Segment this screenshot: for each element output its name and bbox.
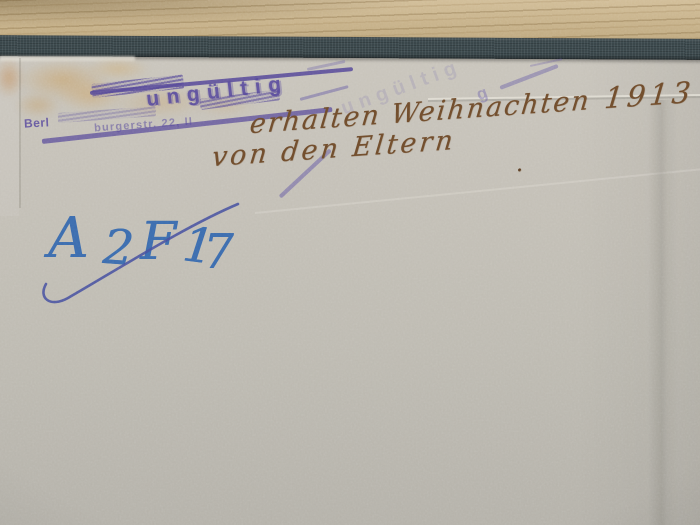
photo-vignette [0,0,700,525]
book-endpaper-photo: ungültig g ungültig Berl burgerstr. 22, … [0,0,700,525]
